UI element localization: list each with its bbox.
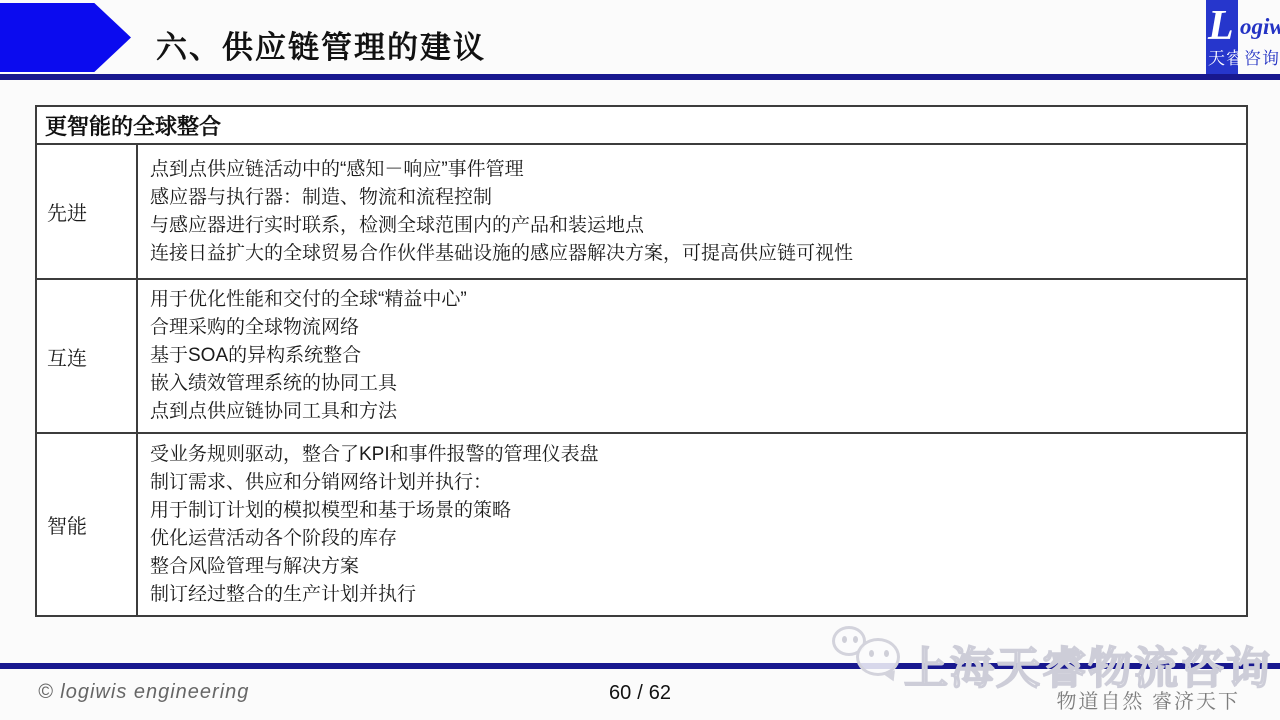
content-line: 点到点供应链活动中的“感知－响应”事件管理 [150, 156, 1240, 184]
table-row: 互连 用于优化性能和交付的全球“精益中心” 合理采购的全球物流网络 基于SOA的… [37, 280, 1246, 434]
row-label: 互连 [37, 280, 138, 432]
page-current: 60 [606, 682, 634, 704]
content-line: 基于SOA的异构系统整合 [150, 342, 1240, 370]
header-arrow-shape [0, 3, 131, 72]
content-line: 受业务规则驱动，整合了KPI和事件报警的管理仪表盘 [150, 441, 1240, 469]
wechat-bubble-big [856, 638, 900, 676]
table-row: 先进 点到点供应链活动中的“感知－响应”事件管理 感应器与执行器：制造、物流和流… [37, 145, 1246, 280]
table-row: 智能 受业务规则驱动，整合了KPI和事件报警的管理仪表盘 制订需求、供应和分销网… [37, 434, 1246, 615]
header-divider-line [0, 74, 1280, 80]
page-separator: / [634, 682, 646, 704]
logiwis-logo: L ogiwis 天睿咨询 [1200, 0, 1280, 74]
row-content: 受业务规则驱动，整合了KPI和事件报警的管理仪表盘 制订需求、供应和分销网络计划… [138, 434, 1246, 615]
logo-wordmark: ogiwis [1240, 14, 1280, 40]
table-header: 更智能的全球整合 [37, 107, 1246, 145]
watermark: 上海天睿物流咨询 [832, 626, 1272, 696]
content-line: 制订经过整合的生产计划并执行 [150, 581, 1240, 609]
content-line: 感应器与执行器：制造、物流和流程控制 [150, 184, 1240, 212]
content-line: 连接日益扩大的全球贸易合作伙伴基础设施的感应器解决方案，可提高供应链可视性 [150, 240, 1240, 268]
content-line: 点到点供应链协同工具和方法 [150, 398, 1240, 426]
copyright-text: © logiwis engineering [38, 681, 249, 704]
content-line: 与感应器进行实时联系，检测全球范围内的产品和装运地点 [150, 212, 1240, 240]
content-line: 用于制订计划的模拟模型和基于场景的策略 [150, 497, 1240, 525]
logo-initial: L [1208, 2, 1234, 50]
content-line: 制订需求、供应和分销网络计划并执行： [150, 469, 1240, 497]
page-title: 六、供应链管理的建议 [156, 22, 486, 67]
content-line: 嵌入绩效管理系统的协同工具 [150, 370, 1240, 398]
content-line: 整合风险管理与解决方案 [150, 553, 1240, 581]
content-line: 优化运营活动各个阶段的库存 [150, 525, 1240, 553]
content-line: 合理采购的全球物流网络 [150, 314, 1240, 342]
page-total: 62 [646, 682, 674, 704]
content-line: 用于优化性能和交付的全球“精益中心” [150, 286, 1240, 314]
row-label: 先进 [37, 145, 138, 278]
wechat-icon [832, 626, 904, 688]
slide: 六、供应链管理的建议 L ogiwis 天睿咨询 更智能的全球整合 先进 点到点… [0, 0, 1280, 720]
logo-chinese-name: 天睿咨询 [1208, 44, 1280, 69]
recommendations-table: 更智能的全球整合 先进 点到点供应链活动中的“感知－响应”事件管理 感应器与执行… [35, 105, 1248, 617]
row-content: 用于优化性能和交付的全球“精益中心” 合理采购的全球物流网络 基于SOA的异构系… [138, 280, 1246, 432]
watermark-text: 上海天睿物流咨询 [904, 632, 1272, 696]
page-number: 60/62 [560, 682, 720, 705]
row-content: 点到点供应链活动中的“感知－响应”事件管理 感应器与执行器：制造、物流和流程控制… [138, 145, 1246, 278]
row-label: 智能 [37, 434, 138, 615]
